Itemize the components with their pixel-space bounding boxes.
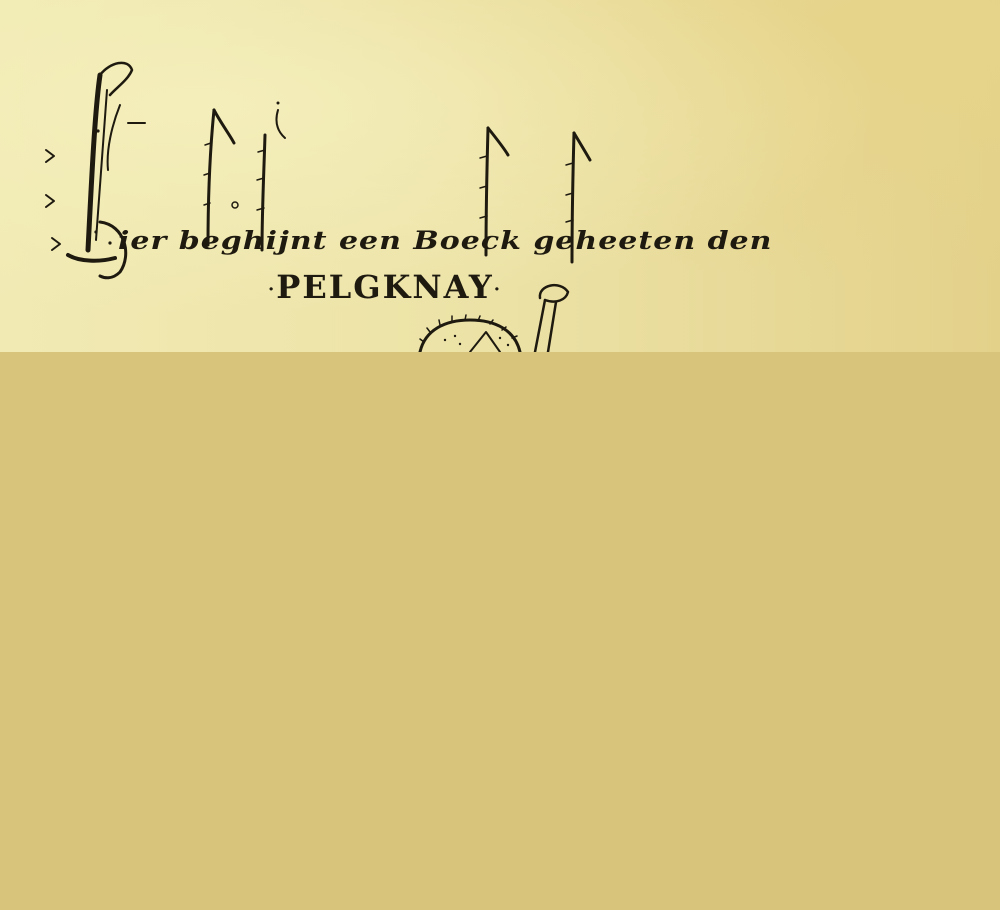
line2-suffix-dot: ·: [494, 279, 502, 300]
empty-area: [0, 352, 1000, 910]
title-pelgknay: PELGKNAY: [276, 268, 493, 306]
manuscript-scan: ier beghijnt een Boeck geheeten den ·PEL…: [0, 0, 1000, 352]
page: ier beghijnt een Boeck geheeten den ·PEL…: [0, 0, 1000, 910]
heading-line-2: ·PELGKNAY·: [268, 268, 502, 306]
heading-line-1: ier beghijnt een Boeck geheeten den: [118, 226, 772, 256]
